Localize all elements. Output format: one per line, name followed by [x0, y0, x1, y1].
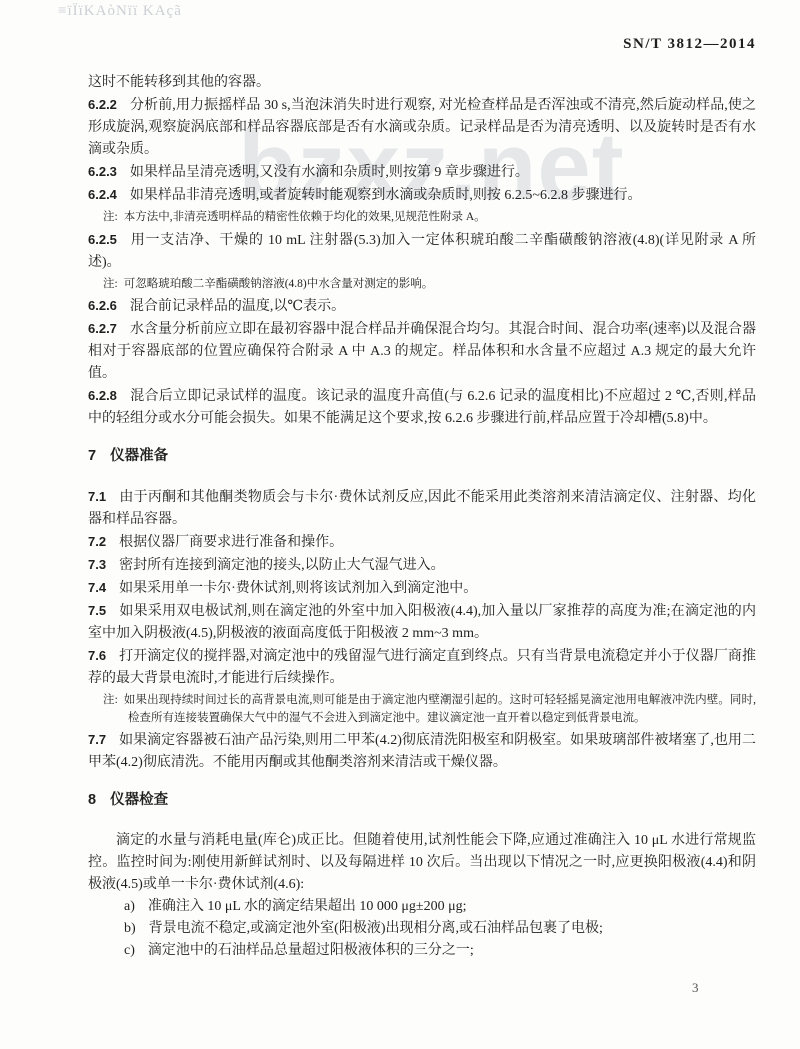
clause-text: 如果滴定容器被石油产品污染,则用二甲苯(4.2)彻底清洗阳极室和阴极室。如果玻璃…: [88, 733, 756, 770]
clause-6-2-3: 6.2.3如果样品呈清亮透明,又没有水滴和杂质时,则按第 9 章步骤进行。: [88, 161, 756, 184]
clause-6-2-7: 6.2.7水含量分析前应立即在最初容器中混合样品并确保混合均匀。其混合时间、混合…: [88, 318, 756, 385]
clause-7-2: 7.2根据仪器厂商要求进行准备和操作。: [88, 531, 756, 554]
note-text: 如果出现持续时间过长的高背景电流,则可能是由于滴定池内壁潮湿引起的。这时可轻轻摇…: [124, 694, 756, 724]
clause-7-3: 7.3密封所有连接到滴定池的接头,以防止大气湿气进入。: [88, 554, 756, 577]
note-label: 注:: [103, 211, 118, 223]
note-text: 可忽略琥珀酸二辛酯磺酸钠溶液(4.8)中水含量对测定的影响。: [124, 278, 434, 290]
clause-text: 如果采用双电极试剂,则在滴定池的外室中加入阳极液(4.4),加入量以厂家推荐的高…: [88, 604, 756, 641]
clause-number: 6.2.3: [88, 164, 117, 179]
clause-text: 打开滴定仪的搅拌器,对滴定池中的残留湿气进行滴定直到终点。只有当背景电流稳定并小…: [88, 649, 756, 686]
note-label: 注:: [103, 694, 118, 706]
scanned-document-page: ≡ïÏïKAòNïï KAçã bzxz.net SN/T 3812—2014 …: [0, 0, 800, 1049]
clause-6-2-1-continuation: 这时不能转移到其他的容器。: [88, 72, 756, 94]
clause-number: 7.4: [88, 580, 106, 595]
clause-number: 6.2.8: [88, 388, 117, 403]
clause-text: 如果样品呈清亮透明,又没有水滴和杂质时,则按第 9 章步骤进行。: [130, 165, 529, 180]
note-7-6: 注:如果出现持续时间过长的高背景电流,则可能是由于滴定池内壁潮湿引起的。这时可轻…: [88, 692, 756, 727]
clause-number: 7.3: [88, 557, 106, 572]
clause-text: 分析前,用力振摇样品 30 s,当泡沫消失时进行观察, 对光检查样品是否浑浊或不…: [88, 98, 756, 157]
clause-6-2-4: 6.2.4如果样品非清亮透明,或者旋转时能观察到水滴或杂质时,则按 6.2.5~…: [88, 184, 756, 207]
note-text: 本方法中,非清亮透明样品的精密性依赖于均化的效果,见规范性附录 A。: [124, 211, 486, 223]
clause-7-4: 7.4如果采用单一卡尔·费休试剂,则将该试剂加入到滴定池中。: [88, 577, 756, 600]
list-item-b: b)背景电流不稳定,或滴定池外室(阳极液)出现相分离,或石油样品包裹了电极;: [88, 918, 756, 940]
clause-text: 根据仪器厂商要求进行准备和操作。: [119, 535, 343, 550]
page-body: 这时不能转移到其他的容器。 6.2.2分析前,用力振摇样品 30 s,当泡沫消失…: [88, 72, 756, 962]
section-7-heading: 7仪器准备: [88, 445, 756, 467]
section-number: 7: [88, 448, 96, 464]
clause-text: 水含量分析前应立即在最初容器中混合样品并确保混合均匀。其混合时间、混合功率(速率…: [88, 322, 756, 381]
clause-number: 7.6: [88, 648, 106, 663]
clause-text: 混合后立即记录试样的温度。该记录的温度升高值(与 6.2.6 记录的温度相比)不…: [88, 389, 756, 426]
list-item-a: a)准确注入 10 μL 水的滴定结果超出 10 000 μg±200 μg;: [88, 896, 756, 918]
clause-text: 由于丙酮和其他酮类物质会与卡尔·费休试剂反应,因此不能采用此类溶剂来清洁滴定仪、…: [88, 490, 756, 527]
section-8-heading: 8仪器检查: [88, 789, 756, 811]
standard-number-header: SN/T 3812—2014: [623, 36, 756, 53]
clause-number: 6.2.6: [88, 298, 117, 313]
clause-number: 6.2.7: [88, 321, 117, 336]
clause-number: 7.2: [88, 534, 106, 549]
clause-text: 用一支洁净、干燥的 10 mL 注射器(5.3)加入一定体积琥珀酸二辛酯磺酸钠溶…: [88, 233, 756, 270]
section-number: 8: [88, 792, 96, 808]
clause-6-2-2: 6.2.2分析前,用力振摇样品 30 s,当泡沫消失时进行观察, 对光检查样品是…: [88, 94, 756, 161]
clause-text: 混合前记录样品的温度,以℃表示。: [130, 299, 345, 314]
list-item-c: c)滴定池中的石油样品总量超过阳极液体积的三分之一;: [88, 940, 756, 962]
clause-6-2-8: 6.2.8混合后立即记录试样的温度。该记录的温度升高值(与 6.2.6 记录的温…: [88, 385, 756, 430]
clause-7-6: 7.6打开滴定仪的搅拌器,对滴定池中的残留湿气进行滴定直到终点。只有当背景电流稳…: [88, 645, 756, 690]
list-marker: c): [124, 943, 135, 958]
clause-7-5: 7.5如果采用双电极试剂,则在滴定池的外室中加入阳极液(4.4),加入量以厂家推…: [88, 600, 756, 645]
note-label: 注:: [103, 278, 118, 290]
list-marker: a): [124, 899, 135, 914]
page-number: 3: [692, 980, 699, 996]
clause-number: 6.2.5: [88, 232, 117, 247]
note-6-2-5: 注:可忽略琥珀酸二辛酯磺酸钠溶液(4.8)中水含量对测定的影响。: [88, 276, 756, 294]
section-title: 仪器检查: [110, 792, 168, 808]
clause-number: 7.7: [88, 732, 106, 747]
list-marker: b): [124, 921, 136, 936]
list-text: 背景电流不稳定,或滴定池外室(阳极液)出现相分离,或石油样品包裹了电极;: [149, 921, 603, 936]
list-text: 滴定池中的石油样品总量超过阳极液体积的三分之一;: [148, 943, 474, 958]
list-text: 准确注入 10 μL 水的滴定结果超出 10 000 μg±200 μg;: [148, 899, 467, 914]
clause-number: 7.5: [88, 603, 106, 618]
section-title: 仪器准备: [110, 448, 168, 464]
note-6-2-4: 注:本方法中,非清亮透明样品的精密性依赖于均化的效果,见规范性附录 A。: [88, 209, 756, 227]
watermark-top-left: ≡ïÏïKAòNïï KAçã: [58, 3, 182, 20]
clause-7-7: 7.7如果滴定容器被石油产品污染,则用二甲苯(4.2)彻底清洗阳极室和阴极室。如…: [88, 729, 756, 774]
clause-text: 如果采用单一卡尔·费休试剂,则将该试剂加入到滴定池中。: [119, 581, 477, 596]
clause-text: 如果样品非清亮透明,或者旋转时能观察到水滴或杂质时,则按 6.2.5~6.2.8…: [130, 188, 642, 203]
clause-number: 6.2.4: [88, 187, 117, 202]
clause-number: 6.2.2: [88, 97, 117, 112]
clause-text: 密封所有连接到滴定池的接头,以防止大气湿气进入。: [119, 558, 445, 573]
section-8-intro: 滴定的水量与消耗电量(库仑)成正比。但随着使用,试剂性能会下降,应通过准确注入 …: [88, 830, 756, 896]
clause-6-2-6: 6.2.6混合前记录样品的温度,以℃表示。: [88, 295, 756, 318]
clause-7-1: 7.1由于丙酮和其他酮类物质会与卡尔·费休试剂反应,因此不能采用此类溶剂来清洁滴…: [88, 486, 756, 531]
clause-6-2-5: 6.2.5用一支洁净、干燥的 10 mL 注射器(5.3)加入一定体积琥珀酸二辛…: [88, 229, 756, 274]
clause-number: 7.1: [88, 489, 106, 504]
